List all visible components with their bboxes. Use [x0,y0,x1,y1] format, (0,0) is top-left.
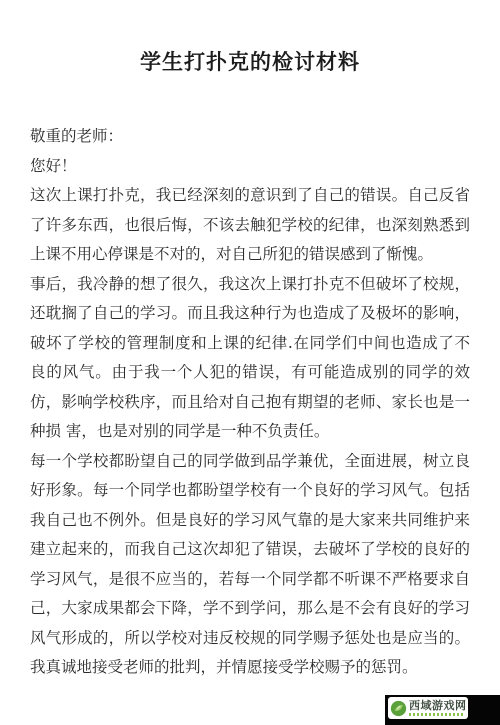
watermark-subtext [409,713,465,716]
document-page: 学生打扑克的检讨材料 敬重的老师： 您好！ 这次上课打扑克，我已经深刻的意识到了… [0,0,500,725]
watermark-site-name: 西域游戏网 [409,700,467,711]
paragraph: 每一个学校都盼望自己的同学做到品学兼优，全面进展，树立良 好形象。每一个同学也都… [30,447,470,683]
watermark-logo-icon [390,700,407,717]
paragraph: 这次上课打扑克，我已经深刻的意识到了自己的错误。自己反省 了许多东西，也很后悔，… [30,181,470,270]
salutation-line: 敬重的老师： [30,122,470,152]
document-title: 学生打扑克的检讨材料 [0,0,500,76]
paragraph: 事后，我冷静的想了很久，我这次上课打扑克不但破坏了校规，还耽搁了自己的学习。而且… [30,270,470,447]
watermark-patch: 西域游戏网 [385,695,500,725]
watermark-badge: 西域游戏网 [388,697,468,719]
watermark-text-column: 西域游戏网 [409,700,467,716]
greeting-line: 您好！ [30,152,470,182]
document-body: 敬重的老师： 您好！ 这次上课打扑克，我已经深刻的意识到了自己的错误。自己反省 … [30,122,470,683]
